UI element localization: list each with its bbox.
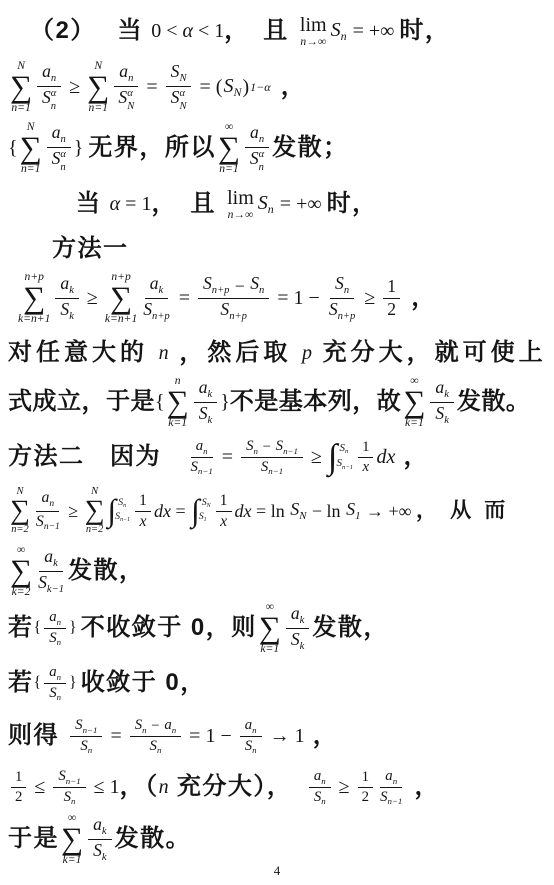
math-scripted-variable: an: [164, 717, 176, 734]
math-scripted-variable: an: [42, 62, 56, 85]
math-sum-operator: ∞∑k=1: [403, 375, 425, 429]
math-scripted-variable: Sn−1: [36, 513, 60, 533]
text-run: 发散。: [457, 386, 531, 417]
fraction-denominator: SαN: [117, 87, 135, 112]
math-operator-text: ≥: [306, 447, 327, 467]
sigma-icon: ∑: [85, 498, 105, 524]
math-scripts: n: [57, 673, 61, 682]
fraction-numerator: Sn+p − Sn: [198, 274, 269, 299]
math-operator-text: =: [217, 447, 238, 467]
math-sub: n+p: [229, 311, 247, 322]
paragraph-line: 对任意大的 n ，然后取 p 充分大，就可使上: [0, 336, 554, 370]
math-integral-operator: ∫SNS1: [191, 498, 212, 524]
lim-label: lim: [227, 188, 254, 208]
integral-limits: SnSn−1: [339, 443, 355, 472]
math-base: a: [52, 122, 61, 142]
fraction-denominator: Sk: [434, 403, 449, 427]
math-fraction: akSk: [88, 815, 111, 864]
math-scripts: n−1: [44, 523, 60, 533]
integral-limits: SnSn−1: [117, 498, 131, 524]
math-base: a: [49, 609, 56, 625]
fraction-numerator: an: [309, 768, 331, 787]
math-scripted-variable: SN: [290, 500, 306, 522]
math-fraction: anSαn: [245, 123, 269, 173]
sigma-icon: ∑: [167, 388, 189, 417]
math-base: S: [49, 630, 56, 646]
math-scripted-variable: ak: [435, 378, 448, 401]
limit-subscript: n→∞: [228, 209, 254, 221]
math-scripted-variable: Sk: [93, 841, 106, 864]
integral-upper-limit: Sn: [117, 498, 131, 510]
math-sub: n−1: [342, 464, 353, 471]
math-scripted-variable: an: [52, 123, 66, 146]
math-scripted-variable: an: [41, 489, 54, 509]
math-fraction: akSn+p: [142, 274, 170, 323]
math-sub: n: [321, 776, 325, 786]
fraction-numerator: SN: [166, 62, 192, 87]
text-run: ， 且: [224, 15, 297, 46]
fraction-denominator: Sk: [59, 299, 74, 323]
math-sub: n−1: [283, 446, 298, 456]
math-scripted-variable: ak: [44, 547, 57, 570]
fraction-denominator: Sk−1: [37, 572, 65, 596]
math-scripts: 1: [204, 518, 207, 524]
math-sum-operator: N∑n=1: [10, 60, 32, 114]
math-sub: N: [233, 85, 241, 99]
sum-lower-limit: n=2: [11, 525, 28, 535]
fraction-numerator: an: [47, 123, 71, 148]
math-scripted-variable: S1: [346, 500, 360, 522]
sum-lower-limit: n=1: [89, 102, 108, 114]
fraction-numerator: 1: [358, 769, 373, 788]
math-scripted-variable: ak: [93, 815, 106, 838]
fraction-denominator: 2: [387, 299, 396, 320]
limit-subscript: n→∞: [300, 36, 326, 48]
fraction-numerator: 1: [216, 492, 232, 512]
sigma-icon: ∑: [259, 614, 281, 643]
math-sub: n: [253, 446, 257, 456]
math-sub: n: [60, 163, 66, 174]
math-sub: n: [393, 776, 397, 786]
math-scripts: αN: [127, 89, 134, 112]
math-sub: 1: [204, 517, 207, 523]
math-scripts: k: [53, 559, 58, 570]
text-run: ， 从 而: [416, 497, 506, 524]
math-scripts: k: [159, 286, 164, 297]
math-scripted-variable: Sk: [199, 404, 212, 427]
fraction-denominator: Sαn: [51, 148, 67, 173]
math-scripted-variable: Sn: [150, 738, 162, 755]
paragraph-line: 于是∞∑k=1akSk发散。: [0, 813, 554, 865]
integral-upper-limit: Sn: [339, 443, 355, 456]
math-integral-operator: ∫SnSn−1: [328, 443, 354, 472]
math-sub: k: [102, 826, 107, 837]
fraction-denominator: Sn+p: [219, 299, 247, 323]
math-variable: α: [182, 21, 193, 41]
math-base: a: [49, 664, 56, 680]
text-run: ，: [305, 720, 339, 751]
math-scripts: n+p: [338, 312, 356, 323]
math-limit-operator: limn→∞: [227, 188, 254, 221]
math-sub: k: [208, 389, 213, 400]
math-fraction: akSk: [286, 604, 309, 653]
math-scripts: n+p: [152, 312, 170, 323]
math-base: S: [143, 299, 152, 319]
math-base: a: [150, 273, 159, 293]
math-scripts: k: [102, 853, 107, 864]
fraction-numerator: an: [240, 717, 262, 736]
math-scripted-variable: Sn+p: [329, 300, 355, 323]
math-scripts: n−1: [83, 726, 98, 735]
formula-line: N∑n=2anSn−1 ≥ N∑n=2∫SnSn−11xdx = ∫SNS11x…: [0, 484, 554, 538]
math-scripted-variable: Sn−1: [276, 438, 298, 455]
math-fraction: anSαn: [47, 123, 71, 173]
math-scripted-variable: Sn−1: [58, 768, 80, 785]
math-scripted-variable: Sαn: [52, 149, 66, 173]
math-scripted-variable: Sn+p: [220, 300, 246, 323]
math-operator-text: = 1 −: [272, 288, 325, 308]
math-sup: α: [60, 150, 66, 161]
math-sub: n: [203, 446, 207, 456]
math-scripted-variable: Sn: [340, 443, 349, 456]
math-variable: α: [110, 194, 121, 214]
fraction-denominator: Sn: [63, 788, 77, 806]
math-scripted-variable: an: [49, 664, 61, 681]
fraction-numerator: an: [36, 489, 59, 511]
math-scripted-variable: Sn: [258, 193, 274, 216]
math-scripts: n: [321, 797, 325, 806]
math-sub: n: [57, 617, 61, 627]
math-scripted-variable: SN: [171, 62, 187, 85]
math-operator-text: 1: [387, 277, 396, 297]
math-sub: N: [179, 102, 186, 113]
math-operator-text: 1: [220, 492, 228, 510]
math-sub: n: [259, 134, 264, 145]
math-base: S: [276, 438, 283, 454]
math-sub: n+p: [152, 311, 170, 322]
math-scripts: n: [253, 447, 257, 456]
formula-line: 则得 Sn−1Sn = Sn − anSn = 1 − anSn → 1 ，: [0, 713, 554, 759]
fraction-denominator: Sn: [79, 737, 93, 755]
math-fraction: 12: [383, 277, 400, 319]
fraction-numerator: Sn − Sn−1: [241, 438, 303, 457]
math-sub: n−1: [44, 522, 60, 532]
math-base: S: [60, 299, 69, 319]
math-sub: n: [128, 73, 133, 84]
math-sub: n: [57, 672, 61, 682]
math-fraction: Sn−1Sn: [70, 717, 102, 755]
math-operator-text: }: [74, 138, 89, 158]
math-scripts: n−1: [283, 447, 298, 456]
text-run: 收敛于 0，: [81, 667, 206, 698]
fraction-numerator: ak: [194, 378, 217, 403]
fraction-denominator: x: [139, 512, 146, 531]
math-operator-text: =: [105, 726, 126, 746]
page-number: 4: [0, 863, 554, 879]
math-sup: α: [127, 89, 134, 100]
math-operator-text: 1: [362, 439, 369, 456]
fraction-numerator: Sn: [330, 274, 354, 299]
math-scripted-variable: an: [250, 123, 264, 146]
fraction-denominator: Sn: [48, 684, 62, 702]
math-scripts: n+p: [229, 312, 247, 323]
math-base: S: [258, 192, 268, 214]
math-base: S: [223, 75, 233, 97]
math-sum-operator: ∞∑k=1: [259, 601, 281, 655]
math-variable: dx: [154, 502, 171, 520]
math-limit-operator: limn→∞: [300, 15, 327, 48]
formula-line: ∞∑k=2akSk−1发散，: [0, 543, 554, 599]
text-run: 充分大，就可使上: [312, 337, 547, 368]
math-scripts: k: [69, 286, 74, 297]
math-scripts: n: [259, 135, 264, 146]
fraction-numerator: ak: [145, 274, 168, 299]
text-run: 方法一: [52, 233, 129, 264]
integral-lower-limit: S1: [198, 512, 212, 524]
math-variable: x: [220, 513, 227, 531]
math-sub: k: [300, 615, 305, 626]
math-fraction: SNSαN: [166, 62, 192, 112]
math-operator-text: = +∞: [348, 21, 400, 41]
fraction-denominator: Sn: [48, 629, 62, 647]
sigma-icon: ∑: [10, 73, 32, 102]
formula-line: {N∑n=1anSαn} 无界，所以∞∑n=1anSαn发散；: [0, 123, 554, 173]
fraction-denominator: Sk: [198, 403, 213, 427]
math-base: a: [60, 273, 69, 293]
sum-lower-limit: n=1: [219, 163, 238, 175]
fraction-denominator: 2: [15, 788, 22, 806]
document-page: （2） 当 0 < α < 1， 且 limn→∞Sn = +∞ 时， N∑n=…: [0, 0, 554, 885]
math-scripts: k: [444, 416, 449, 427]
math-sub: k: [208, 415, 213, 426]
math-scripts: k: [208, 390, 213, 401]
text-run: 发散；: [272, 132, 349, 163]
math-base: S: [93, 840, 102, 860]
math-operator-text: = ln: [252, 502, 290, 520]
math-scripts: n−1: [198, 467, 213, 476]
lim-label: lim: [300, 15, 327, 35]
math-base: S: [36, 513, 44, 530]
math-scripts: n: [57, 618, 61, 627]
math-base: S: [250, 148, 259, 168]
fraction-denominator: Sn: [149, 737, 163, 755]
sum-lower-limit: n=1: [11, 102, 30, 114]
math-scripted-variable: ak: [60, 274, 73, 297]
math-sub: n: [172, 725, 176, 735]
text-run: 若: [8, 612, 34, 643]
math-base: S: [199, 403, 208, 423]
math-scripts: k: [300, 642, 305, 653]
math-sub: n−1: [120, 517, 130, 523]
math-sub: n: [88, 745, 92, 755]
math-sub: n−1: [198, 466, 213, 476]
math-sum-operator: ∞∑k=2: [10, 544, 32, 598]
math-operator-text: 1: [139, 492, 147, 510]
math-sub: n: [259, 285, 264, 296]
sigma-icon: ∑: [10, 557, 32, 586]
math-sup: α: [51, 89, 57, 100]
integral-lower-limit: Sn−1: [114, 512, 131, 524]
text-run: 方法二 因为: [8, 441, 187, 472]
math-scripted-variable: Sn: [250, 274, 264, 297]
math-scripts: αn: [51, 89, 57, 112]
text-run: ，: [406, 771, 440, 802]
fraction-numerator: ak: [39, 547, 62, 572]
math-fraction: akSk: [194, 378, 217, 427]
math-base: S: [246, 438, 253, 454]
math-sub: n: [71, 796, 75, 806]
fraction-numerator: ak: [55, 274, 78, 299]
math-operator-text: }: [69, 620, 81, 636]
math-scripts: n: [268, 203, 274, 215]
formula-line: 12 ≤ Sn−1Sn ≤ 1，（n 充分大）， anSn ≥ 12anSn−1…: [0, 764, 554, 810]
math-scripted-variable: an: [196, 438, 208, 455]
math-variable: dx: [235, 502, 252, 520]
math-operator-text: =: [174, 288, 195, 308]
math-operator-text: → 1: [265, 726, 305, 746]
math-base: S: [245, 738, 252, 754]
math-base: a: [93, 814, 102, 834]
sigma-icon: ∑: [10, 498, 30, 524]
math-scripts: n: [172, 726, 176, 735]
math-operator-text: ≤ 1: [89, 777, 120, 797]
math-sub: n−1: [66, 776, 81, 786]
math-scripts: k: [444, 390, 449, 401]
fraction-denominator: Sn+p: [142, 299, 170, 323]
math-scripted-variable: Sn−1: [261, 459, 283, 476]
math-scripted-variable: Sn: [49, 630, 61, 647]
math-operator-text: 0 <: [151, 21, 182, 41]
math-sub: n: [341, 29, 347, 43]
math-scripted-variable: SN: [202, 498, 211, 510]
math-sub: n: [61, 134, 66, 145]
text-run: ，（: [120, 771, 159, 802]
sum-lower-limit: n=1: [21, 163, 40, 175]
math-base: a: [196, 438, 203, 454]
math-sub: n: [321, 796, 325, 806]
math-fraction: Sn − Sn−1Sn−1: [241, 438, 303, 476]
math-fraction: Sn − anSn: [130, 717, 181, 755]
math-fraction: 1x: [358, 439, 373, 475]
integral-lower-limit: Sn−1: [336, 458, 355, 471]
math-sub: n−1: [387, 796, 402, 806]
math-base: S: [38, 572, 47, 592]
math-sum-operator: ∞∑k=1: [61, 812, 83, 866]
math-scripts: n: [203, 447, 207, 456]
math-variable: x: [362, 459, 369, 476]
sum-lower-limit: k=2: [12, 586, 31, 598]
math-sub: n: [51, 73, 56, 84]
fraction-numerator: an: [44, 609, 66, 628]
math-scripts: n−1: [387, 797, 402, 806]
fraction-numerator: an: [380, 768, 402, 787]
math-fraction: Sn−1Sn: [53, 768, 85, 806]
fraction-denominator: Sαn: [249, 148, 265, 173]
math-scripted-variable: ak: [291, 604, 304, 627]
sum-lower-limit: k=1: [168, 417, 187, 429]
math-scripts: αn: [60, 150, 66, 173]
math-scripts: n: [252, 726, 256, 735]
fraction-numerator: an: [191, 438, 213, 457]
math-scripts: αn: [259, 150, 265, 173]
fraction-numerator: Sn−1: [70, 717, 102, 736]
math-scripts: n: [57, 693, 61, 702]
math-operator-text: }: [69, 675, 81, 691]
sum-lower-limit: k=1: [405, 417, 424, 429]
fraction-denominator: Sn: [244, 737, 258, 755]
formula-line: n+p∑k=n+1akSk ≥ n+p∑k=n+1akSn+p = Sn+p −…: [0, 269, 554, 327]
math-sub: N: [127, 102, 134, 113]
math-scripts: k: [300, 616, 305, 627]
fraction-denominator: Sn−1: [190, 458, 214, 476]
math-scripts: n: [88, 746, 92, 755]
math-fraction: 12: [358, 769, 373, 805]
math-operator-text: = (: [194, 77, 222, 97]
math-base: S: [58, 768, 65, 784]
fraction-numerator: 1: [383, 277, 400, 299]
math-operator-text: ≥: [334, 777, 355, 797]
math-scripted-variable: Sn: [80, 738, 92, 755]
sum-lower-limit: n=2: [86, 525, 103, 535]
math-scripted-variable: Sn−1: [380, 789, 402, 806]
math-scripted-variable: ak: [199, 378, 212, 401]
math-sub: k: [53, 558, 58, 569]
math-sum-operator: N∑n=1: [87, 60, 109, 114]
math-base: a: [250, 122, 259, 142]
fraction-denominator: Sn−1: [260, 458, 284, 476]
math-sub: k: [159, 285, 164, 296]
text-run: 不收敛于 0，则: [81, 612, 257, 643]
math-scripted-variable: Sn+p: [143, 300, 169, 323]
math-fraction: akSk: [430, 378, 453, 427]
fraction-denominator: Sn−1: [379, 788, 403, 806]
math-scripted-variable: Sn: [314, 789, 326, 806]
text-run: 则得: [8, 720, 67, 751]
math-fraction: akSk: [55, 274, 78, 323]
fraction-numerator: an: [44, 664, 66, 683]
math-base: S: [220, 299, 229, 319]
math-scripts: n: [341, 30, 347, 42]
formula-line: N∑n=1anSαn ≥ N∑n=1anSαN = SNSαN = (SN)1−…: [0, 59, 554, 115]
method-one-heading: 方法一: [0, 235, 554, 263]
math-base: S: [346, 499, 355, 519]
math-scripted-variable: Sk: [60, 300, 73, 323]
text-run: ，: [395, 441, 429, 472]
math-fraction: 12: [11, 769, 26, 805]
math-sub: n+p: [338, 311, 356, 322]
math-scripted-variable: an: [385, 768, 397, 785]
math-base: S: [49, 685, 56, 701]
math-superscript: 1−α: [250, 81, 270, 93]
math-scripted-variable: Sn−1: [191, 459, 213, 476]
math-fraction: 1x: [135, 492, 151, 530]
math-sum-operator: n∑k=1: [167, 375, 189, 429]
math-base: a: [385, 768, 392, 784]
text-run: 若: [8, 667, 34, 698]
math-sub: k: [444, 389, 449, 400]
math-base: a: [41, 489, 49, 506]
math-scripted-variable: an: [245, 717, 257, 734]
text-run: 时，: [399, 15, 450, 46]
math-operator-text: 1: [15, 769, 22, 786]
math-base: S: [250, 273, 259, 293]
text-run: ， 且: [151, 188, 224, 219]
math-base: S: [291, 629, 300, 649]
sum-lower-limit: k=1: [260, 643, 279, 655]
math-sub: n: [123, 503, 126, 509]
math-scripted-variable: SαN: [171, 88, 187, 112]
math-scripts: k−1: [47, 585, 64, 596]
